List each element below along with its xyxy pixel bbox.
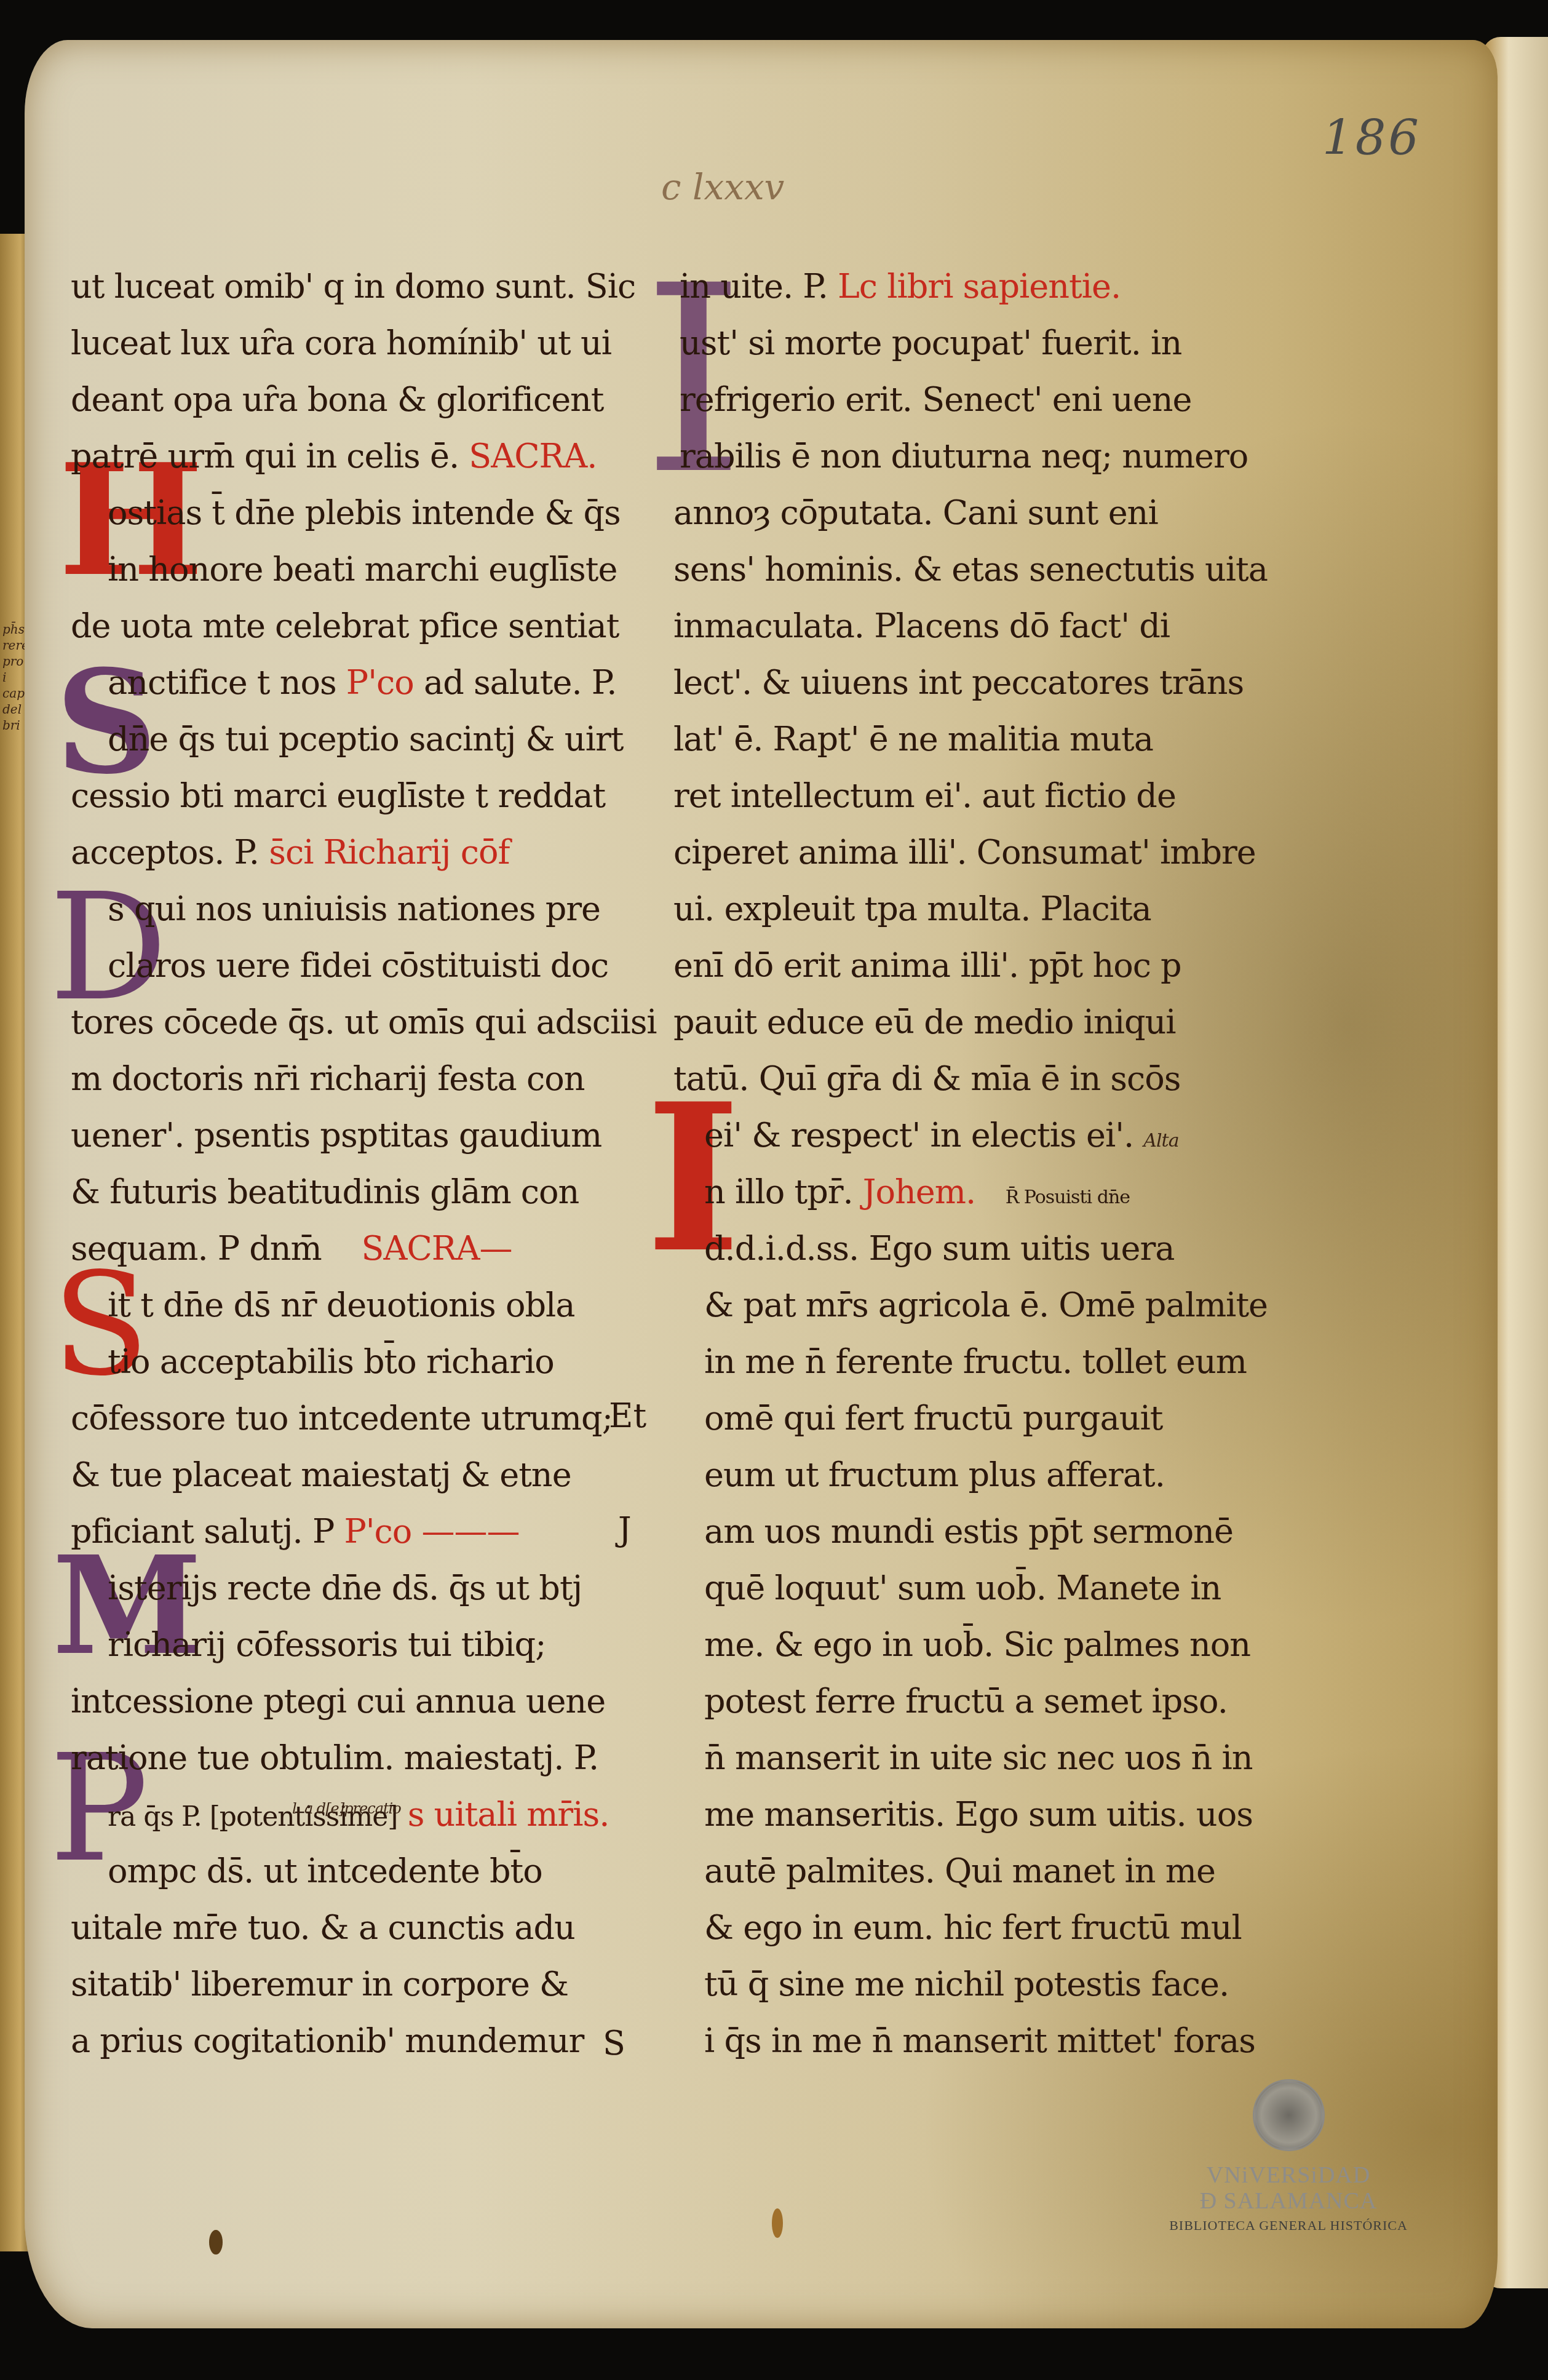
rubric: s uitali mr̄is. — [408, 1795, 609, 1834]
folio-number: 186 — [1322, 111, 1421, 166]
text-line: eum ut fructum plus afferat. — [667, 1447, 1221, 1503]
margin-note-line: i capl — [2, 669, 27, 701]
responsory-cue: R̄ Posuisti dn̄e — [1006, 1187, 1130, 1208]
text-line: n illo tpr̄. Johem. R̄ Posuisti dn̄e — [667, 1164, 1221, 1220]
text-line: & tue placeat maiestatj & etne — [71, 1447, 612, 1503]
text-line: cessio bti marci euglīste t reddat — [71, 768, 612, 824]
rubric: SACRA. — [469, 437, 597, 476]
text-line: tatū. Quī gr̄a di & mīa ē in scōs — [667, 1051, 1221, 1107]
margin-note-line: rere — [2, 637, 27, 653]
text-line: s qui nos uniuisis nationes pre — [71, 881, 612, 937]
text-line: deant opa uȓa bona & glorificent — [71, 372, 612, 428]
rubric: P'co ——— — [344, 1512, 519, 1551]
rubric: Johem. — [863, 1172, 975, 1211]
text-line: tū q̄ sine me nichil potestis face. — [667, 1956, 1221, 2013]
text-line: uener'. psentis psptitas gaudium — [71, 1107, 612, 1164]
text-line: enī dō erit anima illi'. pp̄t hoc p — [667, 937, 1221, 994]
text-line: d.d.i.d.ss. Ego sum uitis uera — [667, 1220, 1221, 1277]
text-line: ompc ds̄. ut intcedente bt̄o — [71, 1843, 612, 1900]
text-line: sens' hominis. & etas senectutis uita — [667, 541, 1221, 598]
text-line: ret intellectum ei'. aut fictio de — [667, 768, 1221, 824]
text-line: in honore beati marchi euglīste — [71, 541, 612, 598]
margin-note-line: pro — [2, 653, 27, 669]
text-line: patrē urm̄ qui in celis ē. SACRA. — [71, 428, 612, 485]
text-line: n̄ manserit in uite sic nec uos n̄ in — [667, 1730, 1221, 1786]
text-line: inmaculata. Placens dō fact' di — [667, 598, 1221, 655]
text-line: intcessione ptegi cui annua uene — [71, 1673, 612, 1730]
text-line: me manseritis. Ego sum uitis. uos — [667, 1786, 1221, 1843]
university-seal-icon — [1253, 2079, 1325, 2151]
text-line: ei' & respect' in electis ei'. Alta — [667, 1107, 1221, 1164]
text-line: autē palmites. Qui manet in me — [667, 1843, 1221, 1900]
text-line: am uos mundi estis pp̄t sermonē — [667, 1503, 1221, 1560]
rubric: Lc libri sapientie. — [838, 267, 1121, 306]
text-line: lect'. & uiuens int peccatores trāns — [667, 655, 1221, 711]
text-line: refrigerio erit. Senect' eni uene — [667, 372, 1221, 428]
text-line: sequam. P dnm̄ SACRA— — [71, 1220, 612, 1277]
text-line: quē loquut' sum uob̄. Manete in — [667, 1560, 1221, 1617]
text-line: annoȝ cōputata. Cani sunt eni — [667, 485, 1221, 541]
text-line: ciperet anima illi'. Consumat' imbre — [667, 824, 1221, 881]
text-line: cōfessore tuo intcedente utrumq; — [71, 1390, 612, 1447]
text-line: de uota mte celebrat pfice sentiat — [71, 598, 612, 655]
text-line: ust' si morte pocupat' fuerit. in — [667, 315, 1221, 372]
margin-letter: Et — [609, 1396, 646, 1435]
text-line: a prius cogitationib' mundemur — [71, 2013, 612, 2069]
text-line: acceptos. P. s̄ci Richarij cōf — [71, 824, 612, 881]
text-line: & futuris beatitudinis glām con — [71, 1164, 612, 1220]
text-line: & pat mr̄s agricola ē. Omē palmite — [667, 1277, 1221, 1334]
margin-note-line: del — [2, 701, 27, 717]
margin-note-line: ph̄s — [2, 621, 27, 637]
library-watermark: VNiVERSiDAD Đ SALAMANCA BIBLIOTECA GENER… — [1165, 2079, 1411, 2234]
text-line: it t dn̄e ds̄ nr̄ deuotionis obla — [71, 1277, 612, 1334]
text-line: anctifice t nos P'co ad salute. P. — [71, 655, 612, 711]
watermark-library: BIBLIOTECA GENERAL HISTÓRICA — [1165, 2218, 1411, 2234]
text-line: l. a d[e]precatio ra q̄s P. [potentissim… — [71, 1786, 612, 1843]
running-header-annotation: c lxxxv — [661, 166, 784, 208]
text-line: potest ferre fructū a semet ipso. — [667, 1673, 1221, 1730]
watermark-city: Đ SALAMANCA — [1165, 2188, 1411, 2214]
text-line: me. & ego in uob̄. Sic palmes non — [667, 1617, 1221, 1673]
marginal-cue: Alta — [1143, 1130, 1178, 1152]
margin-letter: S — [603, 2024, 625, 2063]
text-line: tores cōcede q̄s. ut omīs qui adsciisi — [71, 994, 612, 1051]
left-margin-note: ph̄s rere pro i capl del bri — [2, 621, 27, 733]
rubric: SACRA— — [361, 1229, 512, 1268]
text-line: m doctoris nr̄i richarij festa con — [71, 1051, 612, 1107]
text-line: uitale mr̄e tuo. & a cunctis adu — [71, 1900, 612, 1956]
text-line: rabilis ē non diuturna neq; numero — [667, 428, 1221, 485]
text-line: tio acceptabilis bt̄o richario — [71, 1334, 612, 1390]
rubric: P'co — [346, 663, 414, 702]
margin-letter: J — [618, 1510, 632, 1549]
text-line: & ego in eum. hic fert fructū mul — [667, 1900, 1221, 1956]
text-line: ostias t̄ dn̄e plebis intende & q̄s — [71, 485, 612, 541]
text-line: luceat lux uȓa cora homínib' ut ui — [71, 315, 612, 372]
text-line: sitatib' liberemur in corpore & — [71, 1956, 612, 2013]
text-line: dn̄e q̄s tui pceptio sacintj & uirt — [71, 711, 612, 768]
left-text-column: H S D S M P ut luceat omib' q in domo su… — [71, 258, 612, 2069]
text-line: pficiant salutj. P P'co ——— — [71, 1503, 612, 1560]
interlinear-gloss: l. a d[e]precatio — [292, 1780, 401, 1837]
text-line: in uite. P. Lc libri sapientie. — [667, 258, 1221, 315]
parchment-stain — [772, 2208, 783, 2238]
rubric: s̄ci Richarij cōf — [269, 833, 509, 872]
text-line: i q̄s in me n̄ manserit mittet' foras — [667, 2013, 1221, 2069]
text-line: lat' ē. Rapt' ē ne malitia muta — [667, 711, 1221, 768]
text-line: richarij cōfessoris tui tibiq; — [71, 1617, 612, 1673]
margin-note-line: bri — [2, 717, 27, 733]
text-line: claros uere fidei cōstituisti doc — [71, 937, 612, 994]
parchment-hole — [209, 2230, 223, 2255]
text-line: pauit educe eū de medio iniqui — [667, 994, 1221, 1051]
text-line: in me n̄ ferente fructu. tollet eum — [667, 1334, 1221, 1390]
right-text-column: I I Et J S in uite. P. Lc libri sapienti… — [667, 258, 1221, 2069]
text-line: ratione tue obtulim. maiestatj. P. — [71, 1730, 612, 1786]
text-line: ut luceat omib' q in domo sunt. Sic — [71, 258, 612, 315]
watermark-university: VNiVERSiDAD — [1165, 2162, 1411, 2188]
text-line: ui. expleuit tpa multa. Placita — [667, 881, 1221, 937]
text-line: isterijs recte dn̄e ds̄. q̄s ut btj — [71, 1560, 612, 1617]
text-line: omē qui fert fructū purgauit — [667, 1390, 1221, 1447]
